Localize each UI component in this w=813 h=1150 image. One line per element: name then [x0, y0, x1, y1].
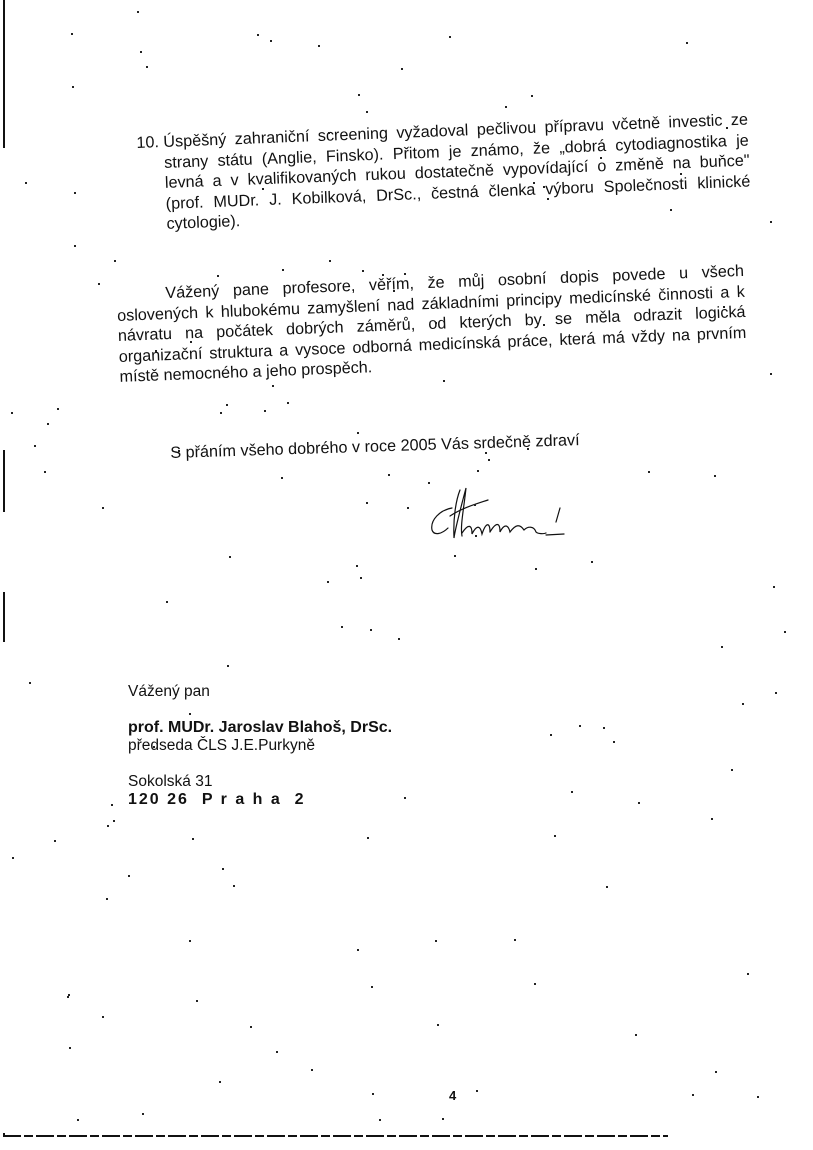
signature-icon	[420, 478, 580, 553]
scan-edge-artifact	[3, 592, 5, 642]
postal-city: 120 26 P r a h a 2	[128, 791, 392, 810]
street: Sokolská 31	[128, 773, 392, 792]
list-number: 10.	[136, 132, 159, 153]
closing-paragraph: Vážený pane profesore, věřím, že můj oso…	[116, 260, 779, 388]
salutation: Vážený pan	[128, 683, 392, 702]
scan-edge-artifact	[3, 58, 5, 148]
recipient-title: předseda ČLS J.E.Purkyně	[128, 737, 392, 756]
page-number: 4	[449, 1088, 456, 1103]
scan-edge-artifact	[3, 0, 5, 62]
scan-edge-artifact	[3, 450, 5, 512]
greeting-line: S přáním všeho dobrého v roce 2005 Vás s…	[170, 430, 580, 463]
list-item-10: 10. Úspěšný zahraniční screening vyžadov…	[136, 108, 779, 235]
recipient-address: Vážený pan prof. MUDr. Jaroslav Blahoš, …	[128, 683, 392, 810]
scan-edge-artifact	[3, 1135, 668, 1137]
recipient-name: prof. MUDr. Jaroslav Blahoš, DrSc.	[128, 719, 392, 738]
